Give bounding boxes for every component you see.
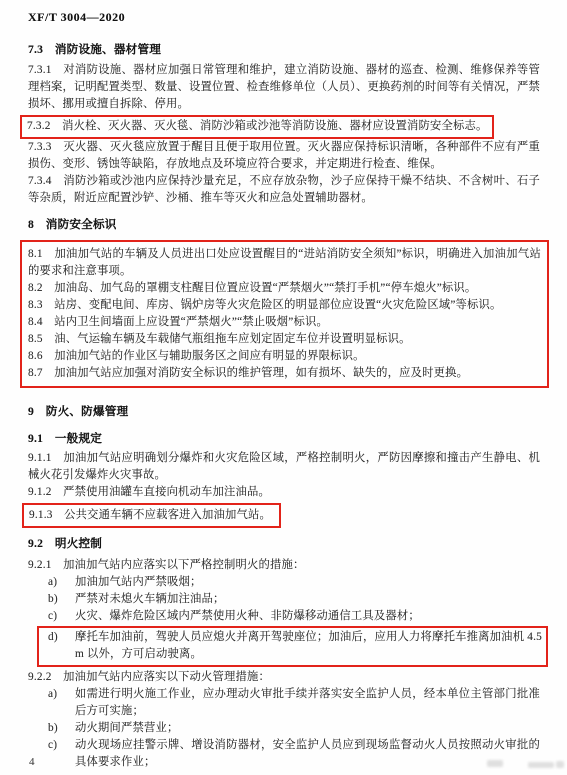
highlight-box-9-1-3: 9.1.3 公共交通车辆不应载客进入加油加气站。 [22,503,281,528]
list-item-9-2-2-c: c) 动火现场应挂警示牌、增设消防器材，安全监护人员应到现场监督动火人员按照动火… [28,737,540,771]
list-item-marker: a) [48,686,75,720]
list-item-text: 摩托车加油前，驾驶人员应熄火并离开驾驶座位；加油后，应用人力将摩托车推离加油机 … [75,629,542,663]
scan-smudge [556,761,564,768]
list-item-marker: c) [48,608,75,625]
list-item-text: 动火期间严禁营业； [75,720,540,737]
scan-smudge [528,762,554,768]
clause-7-3-4: 7.3.4 消防沙箱或沙池内应保持沙量充足，不应存放杂物，沙子应保持干燥不结块、… [28,173,540,207]
list-item-text: 严禁对未熄火车辆加注油品； [75,591,540,608]
section-9-1-heading: 9.1 一般规定 [28,431,540,446]
list-item-text: 动火现场应挂警示牌、增设消防器材，安全监护人员应到现场监督动火人员按照动火审批的… [75,737,540,771]
list-item-9-2-1-b: b) 严禁对未熄火车辆加注油品； [28,591,540,608]
list-item-text: 火灾、爆炸危险区域内严禁使用火种、非防爆移动通信工具及器材； [75,608,540,625]
standard-number: XF/T 3004—2020 [28,10,540,24]
clause-8-2: 8.2 加油岛、加气岛的罩棚支柱醒目位置应设置“严禁烟火”“禁打手机”“停车熄火… [28,280,541,297]
list-item-marker: d) [48,629,75,663]
list-item-9-2-2-b: b) 动火期间严禁营业； [28,720,540,737]
list-item-marker: c) [48,737,75,771]
clause-8-4: 8.4 站内卫生间墙面上应设置“严禁烟火”“禁止吸烟”标识。 [28,314,541,331]
clause-8-7: 8.7 加油加气站应加强对消防安全标识的维护管理，如有损坏、缺失的，应及时更换。 [28,365,541,382]
clause-9-2-2: 9.2.2 加油加气站内应落实以下动火管理措施： [28,669,540,686]
document-page: XF/T 3004—2020 7.3 消防设施、器材管理 7.3.1 对消防设施… [0,0,567,775]
clause-8-6: 8.6 加油加气站的作业区与辅助服务区之间应有明显的界限标识。 [28,348,541,365]
list-item-text: 如需进行明火施工作业，应办理动火审批手续并落实安全监护人员，经本单位主管部门批准… [75,686,540,720]
clause-9-1-3: 9.1.3 公共交通车辆不应载客进入加油加气站。 [29,507,271,524]
list-item-marker: a) [48,574,75,591]
page-number: 4 [29,756,35,768]
section-8-heading: 8 消防安全标识 [28,217,540,232]
highlight-box-7-3-2: 7.3.2 消火栓、灭火器、灭火毯、消防沙箱或沙池等消防设施、器材应设置消防安全… [20,115,494,139]
section-9-2-heading: 9.2 明火控制 [28,536,540,551]
clause-7-3-3: 7.3.3 灭火器、灭火毯应放置于醒目且便于取用位置。灭火器应保持标识清晰，各种… [28,139,540,173]
clause-9-1-1: 9.1.1 加油加气站应明确划分爆炸和火灾危险区域，严格控制明火，严防因摩擦和撞… [28,450,540,484]
list-item-marker: b) [48,720,75,737]
clause-7-3-2: 7.3.2 消火栓、灭火器、灭火毯、消防沙箱或沙池等消防设施、器材应设置消防安全… [27,118,487,135]
scan-smudge [487,760,503,767]
list-item-9-2-1-d: d) 摩托车加油前，驾驶人员应熄火并离开驾驶座位；加油后，应用人力将摩托车推离加… [39,629,542,663]
list-item-text: 加油加气站内严禁吸烟； [75,574,540,591]
clause-8-5: 8.5 油、气运输车辆及车载储气瓶组拖车应划定固定车位并设置明显标识。 [28,331,541,348]
section-7-3-heading: 7.3 消防设施、器材管理 [28,42,540,57]
list-item-9-2-1-c: c) 火灾、爆炸危险区域内严禁使用火种、非防爆移动通信工具及器材； [28,608,540,625]
section-9-heading: 9 防火、防爆管理 [28,404,540,419]
clause-8-3: 8.3 站房、变配电间、库房、锅炉房等火灾危险区的明显部位应设置“火灾危险区域”… [28,297,541,314]
clause-9-1-2: 9.1.2 严禁使用油罐车直接向机动车加注油品。 [28,484,540,501]
list-item-9-2-1-a: a) 加油加气站内严禁吸烟； [28,574,540,591]
clause-7-3-1: 7.3.1 对消防设施、器材应加强日常管理和维护，建立消防设施、器材的巡查、检测… [28,62,540,113]
highlight-box-9-2-1-d: d) 摩托车加油前，驾驶人员应熄火并离开驾驶座位；加油后，应用人力将摩托车推离加… [37,626,548,667]
clause-9-2-1: 9.2.1 加油加气站内应落实以下严格控制明火的措施： [28,557,540,574]
list-item-marker: b) [48,591,75,608]
highlight-box-section-8: 8.1 加油加气站的车辆及人员进出口处应设置醒目的“进站消防安全须知”标识，明确… [20,240,549,388]
page-content: XF/T 3004—2020 7.3 消防设施、器材管理 7.3.1 对消防设施… [0,0,567,771]
clause-8-1: 8.1 加油加气站的车辆及人员进出口处应设置醒目的“进站消防安全须知”标识，明确… [28,246,541,280]
list-item-9-2-2-a: a) 如需进行明火施工作业，应办理动火审批手续并落实安全监护人员，经本单位主管部… [28,686,540,720]
